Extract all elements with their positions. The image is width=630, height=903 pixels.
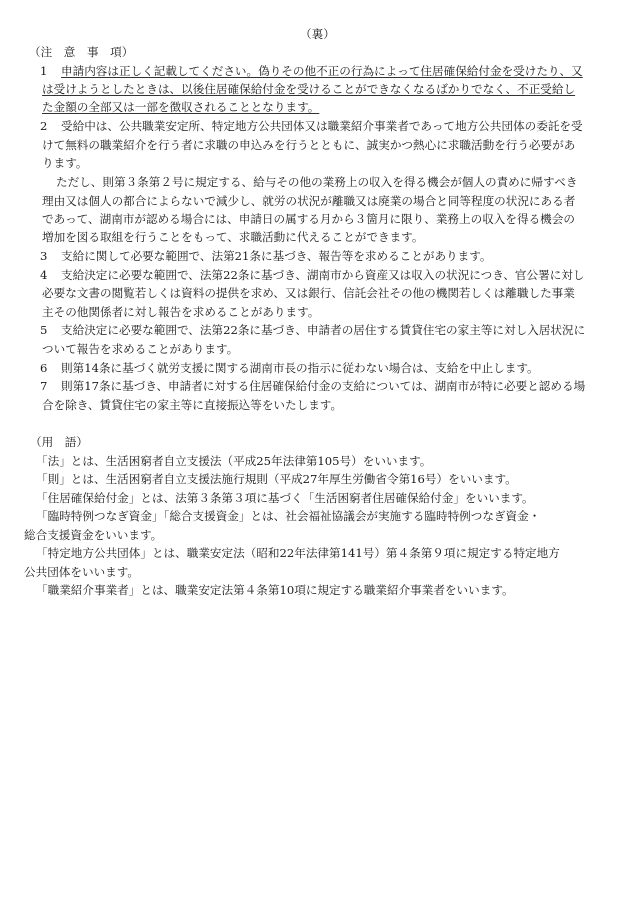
terms-heading: （用 語） bbox=[30, 434, 88, 450]
note-7-number: 7 bbox=[40, 378, 47, 394]
note-4-number: 4 bbox=[40, 267, 47, 283]
term-line-2: 「則」とは、生活困窮者自立支援法施行規則（平成27年厚生労働省令第16号）をいい… bbox=[36, 471, 517, 487]
note-7-line-2: 合を除き、賃貸住宅の家主等に直接振込等をいたします。 bbox=[42, 397, 342, 413]
note-1-line-3: た金額の全部又は一部を徴収されることとなります。 bbox=[42, 99, 319, 115]
term-line-1: 「法」とは、生活困窮者自立支援法（平成25年法律第105号）をいいます。 bbox=[36, 453, 431, 469]
notes-heading: （注 意 事 項） bbox=[29, 44, 133, 60]
document-page: （裏） （注 意 事 項） 1 申請内容は正しく記載してください。偽りその他不正… bbox=[0, 0, 630, 903]
note-2-proviso-line-1: ただし、則第３条第２号に規定する、給与その他の業務上の収入を得る機会が個人の責め… bbox=[56, 174, 578, 190]
note-1-number: 1 bbox=[40, 63, 47, 79]
note-4-line-1: 支給決定に必要な範囲で、法第22条に基づき、湖南市から資産又は収入の状況につき、… bbox=[61, 267, 585, 283]
note-1-line-2: は受けようとしたときは、以後住居確保給付金を受けることができなくなるばかりでなく… bbox=[42, 81, 575, 97]
note-2-number: 2 bbox=[40, 118, 47, 134]
page-header: （裏） bbox=[300, 26, 335, 42]
term-line-3: 「住居確保給付金」とは、法第３条第３項に基づく「生活困窮者住居確保給付金」をいい… bbox=[36, 490, 534, 506]
note-5-line-1: 支給決定に必要な範囲で、法第22条に基づき、申請者の居住する賃貸住宅の家主等に対… bbox=[61, 322, 585, 338]
note-1-line-1: 申請内容は正しく記載してください。偽りその他不正の行為によって住居確保給付金を受… bbox=[61, 63, 583, 79]
note-5-number: 5 bbox=[40, 322, 47, 338]
note-6-number: 6 bbox=[40, 360, 47, 376]
note-2-proviso-line-3: であって、湖南市が認める場合には、申請日の属する月から３箇月に限り、業務上の収入… bbox=[42, 211, 575, 227]
note-5-line-2: ついて報告を求めることがあります。 bbox=[42, 341, 238, 357]
note-2-line-2: けて無料の職業紹介を行う者に求職の申込みを行うとともに、誠実かつ熱心に求職活動を… bbox=[42, 137, 575, 153]
note-4-line-2: 必要な文書の閲覧若しくは資料の提供を求め、又は銀行、信託会社その他の機関若しくは… bbox=[42, 285, 575, 301]
term-line-6: 「特定地方公共団体」とは、職業安定法（昭和22年法律第141号）第４条第９項に規… bbox=[36, 545, 560, 561]
term-line-4: 「臨時特例つなぎ資金」「総合支援資金」とは、社会福祉協議会が実施する臨時特例つな… bbox=[36, 508, 540, 524]
term-line-8: 「職業紹介事業者」とは、職業安定法第４条第10項に規定する職業紹介事業者をいいま… bbox=[36, 582, 514, 598]
note-2-proviso-line-2: 理由又は個人の都合によらないで減少し、就労の状況が離職又は廃業の場合と同等程度の… bbox=[42, 193, 575, 209]
term-line-7: 公共団体をいいます。 bbox=[24, 564, 139, 580]
note-2-line-1: 受給中は、公共職業安定所、特定地方公共団体又は職業紹介事業者であって地方公共団体… bbox=[61, 118, 583, 134]
note-4-line-3: 主その他関係者に対し報告を求めることがあります。 bbox=[42, 304, 319, 320]
term-line-5: 総合支援資金をいいます。 bbox=[24, 527, 162, 543]
note-2-line-3: ります。 bbox=[42, 155, 87, 171]
note-3-number: 3 bbox=[40, 248, 47, 264]
note-7-line-1: 則第17条に基づき、申請者に対する住居確保給付金の支給については、湖南市が特に必… bbox=[61, 378, 585, 394]
note-6-line-1: 則第14条に基づく就労支援に関する湖南市長の指示に従わない場合は、支給を中止しま… bbox=[61, 360, 539, 376]
note-3-line-1: 支給に関して必要な範囲で、法第21条に基づき、報告等を求めることがあります。 bbox=[61, 248, 492, 264]
note-2-proviso-line-4: 増加を図る取組を行うことをもって、求職活動に代えることができます。 bbox=[42, 229, 423, 245]
